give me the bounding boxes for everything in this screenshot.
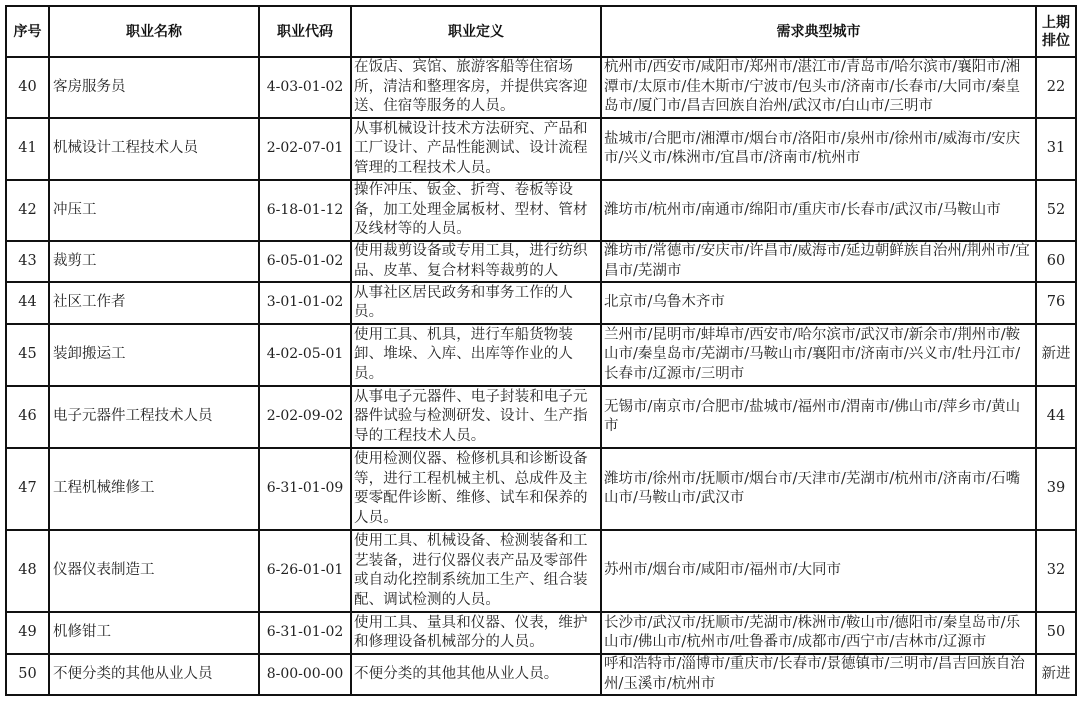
header-prev-rank: 上期排位 [1036,6,1076,57]
header-row: 序号 职业名称 职业代码 职业定义 需求典型城市 上期排位 [6,6,1076,57]
cell-cities: 无锡市/南京市/合肥市/盐城市/福州市/渭南市/佛山市/萍乡市/黄山市 [601,386,1036,448]
cell-index: 48 [6,530,49,612]
cell-index: 40 [6,57,49,118]
cell-cities: 长沙市/武汉市/抚顺市/芜湖市/株洲市/鞍山市/德阳市/秦皇岛市/乐山市/佛山市… [601,612,1036,654]
cell-definition: 使用工具、机具，进行车船货物装卸、堆垛、入库、出库等作业的人员。 [351,324,601,386]
table-row: 48仪器仪表制造工6-26-01-01使用工具、机械设备、检测装备和工艺装备，进… [6,530,1076,612]
cell-definition: 使用工具、机械设备、检测装备和工艺装备，进行仪器仪表产品及零部件或自动化控制系统… [351,530,601,612]
cell-name: 装卸搬运工 [49,324,259,386]
cell-code: 6-18-01-12 [259,180,351,241]
cell-name: 机械设计工程技术人员 [49,118,259,180]
cell-cities: 潍坊市/徐州市/抚顺市/烟台市/天津市/芜湖市/杭州市/济南市/石嘴山市/马鞍山… [601,448,1036,530]
cell-name: 仪器仪表制造工 [49,530,259,612]
cell-index: 41 [6,118,49,180]
cell-definition: 操作冲压、钣金、折弯、卷板等设备，加工处理金属板材、型材、管材及线材等的人员。 [351,180,601,241]
header-name: 职业名称 [49,6,259,57]
cell-name: 工程机械维修工 [49,448,259,530]
cell-code: 4-03-01-02 [259,57,351,118]
table-row: 49机修钳工6-31-01-02使用工具、量具和仪器、仪表，维护和修理设备机械部… [6,612,1076,654]
cell-name: 机修钳工 [49,612,259,654]
table-row: 50不便分类的其他从业人员8-00-00-00不便分类的其他其他从业人员。呼和浩… [6,654,1076,695]
cell-index: 47 [6,448,49,530]
cell-definition: 从事机械设计技术方法研究、产品和工厂设计、产品性能测试、设计流程管理的工程技术人… [351,118,601,180]
cell-code: 8-00-00-00 [259,654,351,695]
cell-index: 44 [6,282,49,324]
cell-prev-rank: 44 [1036,386,1076,448]
cell-cities: 呼和浩特市/淄博市/重庆市/长春市/景德镇市/三明市/昌吉回族自治州/玉溪市/杭… [601,654,1036,695]
cell-definition: 从事社区居民政务和事务工作的人员。 [351,282,601,324]
cell-name: 不便分类的其他从业人员 [49,654,259,695]
cell-name: 冲压工 [49,180,259,241]
cell-name: 裁剪工 [49,241,259,282]
table-row: 46电子元器件工程技术人员2-02-09-02从事电子元器件、电子封装和电子元器… [6,386,1076,448]
cell-code: 2-02-09-02 [259,386,351,448]
header-code: 职业代码 [259,6,351,57]
cell-cities: 杭州市/西安市/咸阳市/郑州市/湛江市/青岛市/哈尔滨市/襄阳市/湘潭市/太原市… [601,57,1036,118]
header-cities: 需求典型城市 [601,6,1036,57]
header-index: 序号 [6,6,49,57]
cell-prev-rank: 50 [1036,612,1076,654]
cell-definition: 在饭店、宾馆、旅游客船等住宿场所，清洁和整理客房，并提供宾客迎送、住宿等服务的人… [351,57,601,118]
cell-prev-rank: 39 [1036,448,1076,530]
cell-code: 6-31-01-09 [259,448,351,530]
cell-cities: 盐城市/合肥市/湘潭市/烟台市/洛阳市/泉州市/徐州市/威海市/安庆市/兴义市/… [601,118,1036,180]
cell-name: 电子元器件工程技术人员 [49,386,259,448]
cell-name: 客房服务员 [49,57,259,118]
table-row: 44社区工作者3-01-01-02从事社区居民政务和事务工作的人员。北京市/乌鲁… [6,282,1076,324]
cell-prev-rank: 31 [1036,118,1076,180]
cell-prev-rank: 52 [1036,180,1076,241]
cell-definition: 使用裁剪设备或专用工具，进行纺织品、皮革、复合材料等裁剪的人 [351,241,601,282]
cell-code: 6-05-01-02 [259,241,351,282]
header-definition: 职业定义 [351,6,601,57]
table-row: 41机械设计工程技术人员2-02-07-01从事机械设计技术方法研究、产品和工厂… [6,118,1076,180]
cell-index: 49 [6,612,49,654]
table-row: 42冲压工6-18-01-12操作冲压、钣金、折弯、卷板等设备，加工处理金属板材… [6,180,1076,241]
table-row: 43裁剪工6-05-01-02使用裁剪设备或专用工具，进行纺织品、皮革、复合材料… [6,241,1076,282]
cell-index: 50 [6,654,49,695]
table-row: 45装卸搬运工4-02-05-01使用工具、机具，进行车船货物装卸、堆垛、入库、… [6,324,1076,386]
cell-code: 2-02-07-01 [259,118,351,180]
table-row: 40客房服务员4-03-01-02在饭店、宾馆、旅游客船等住宿场所，清洁和整理客… [6,57,1076,118]
cell-prev-rank: 新进 [1036,324,1076,386]
cell-cities: 兰州市/昆明市/蚌埠市/西安市/哈尔滨市/武汉市/新余市/荆州市/鞍山市/秦皇岛… [601,324,1036,386]
cell-cities: 潍坊市/常德市/安庆市/许昌市/威海市/延边朝鲜族自治州/荆州市/宜昌市/芜湖市 [601,241,1036,282]
cell-code: 6-26-01-01 [259,530,351,612]
cell-prev-rank: 22 [1036,57,1076,118]
cell-prev-rank: 32 [1036,530,1076,612]
cell-cities: 北京市/乌鲁木齐市 [601,282,1036,324]
table-row: 47工程机械维修工6-31-01-09使用检测仪器、检修机具和诊断设备等，进行工… [6,448,1076,530]
cell-name: 社区工作者 [49,282,259,324]
cell-index: 45 [6,324,49,386]
cell-code: 4-02-05-01 [259,324,351,386]
cell-definition: 使用检测仪器、检修机具和诊断设备等，进行工程机械主机、总成件及主要零配件诊断、维… [351,448,601,530]
cell-definition: 不便分类的其他其他从业人员。 [351,654,601,695]
cell-cities: 苏州市/烟台市/咸阳市/福州市/大同市 [601,530,1036,612]
cell-code: 6-31-01-02 [259,612,351,654]
cell-index: 46 [6,386,49,448]
cell-definition: 使用工具、量具和仪器、仪表，维护和修理设备机械部分的人员。 [351,612,601,654]
cell-index: 43 [6,241,49,282]
occupation-demand-table: 序号 职业名称 职业代码 职业定义 需求典型城市 上期排位 40客房服务员4-0… [5,5,1077,696]
cell-prev-rank: 60 [1036,241,1076,282]
cell-cities: 潍坊市/杭州市/南通市/绵阳市/重庆市/长春市/武汉市/马鞍山市 [601,180,1036,241]
cell-prev-rank: 76 [1036,282,1076,324]
cell-prev-rank: 新进 [1036,654,1076,695]
cell-index: 42 [6,180,49,241]
cell-code: 3-01-01-02 [259,282,351,324]
cell-definition: 从事电子元器件、电子封装和电子元器件试验与检测研发、设计、生产指导的工程技术人员… [351,386,601,448]
